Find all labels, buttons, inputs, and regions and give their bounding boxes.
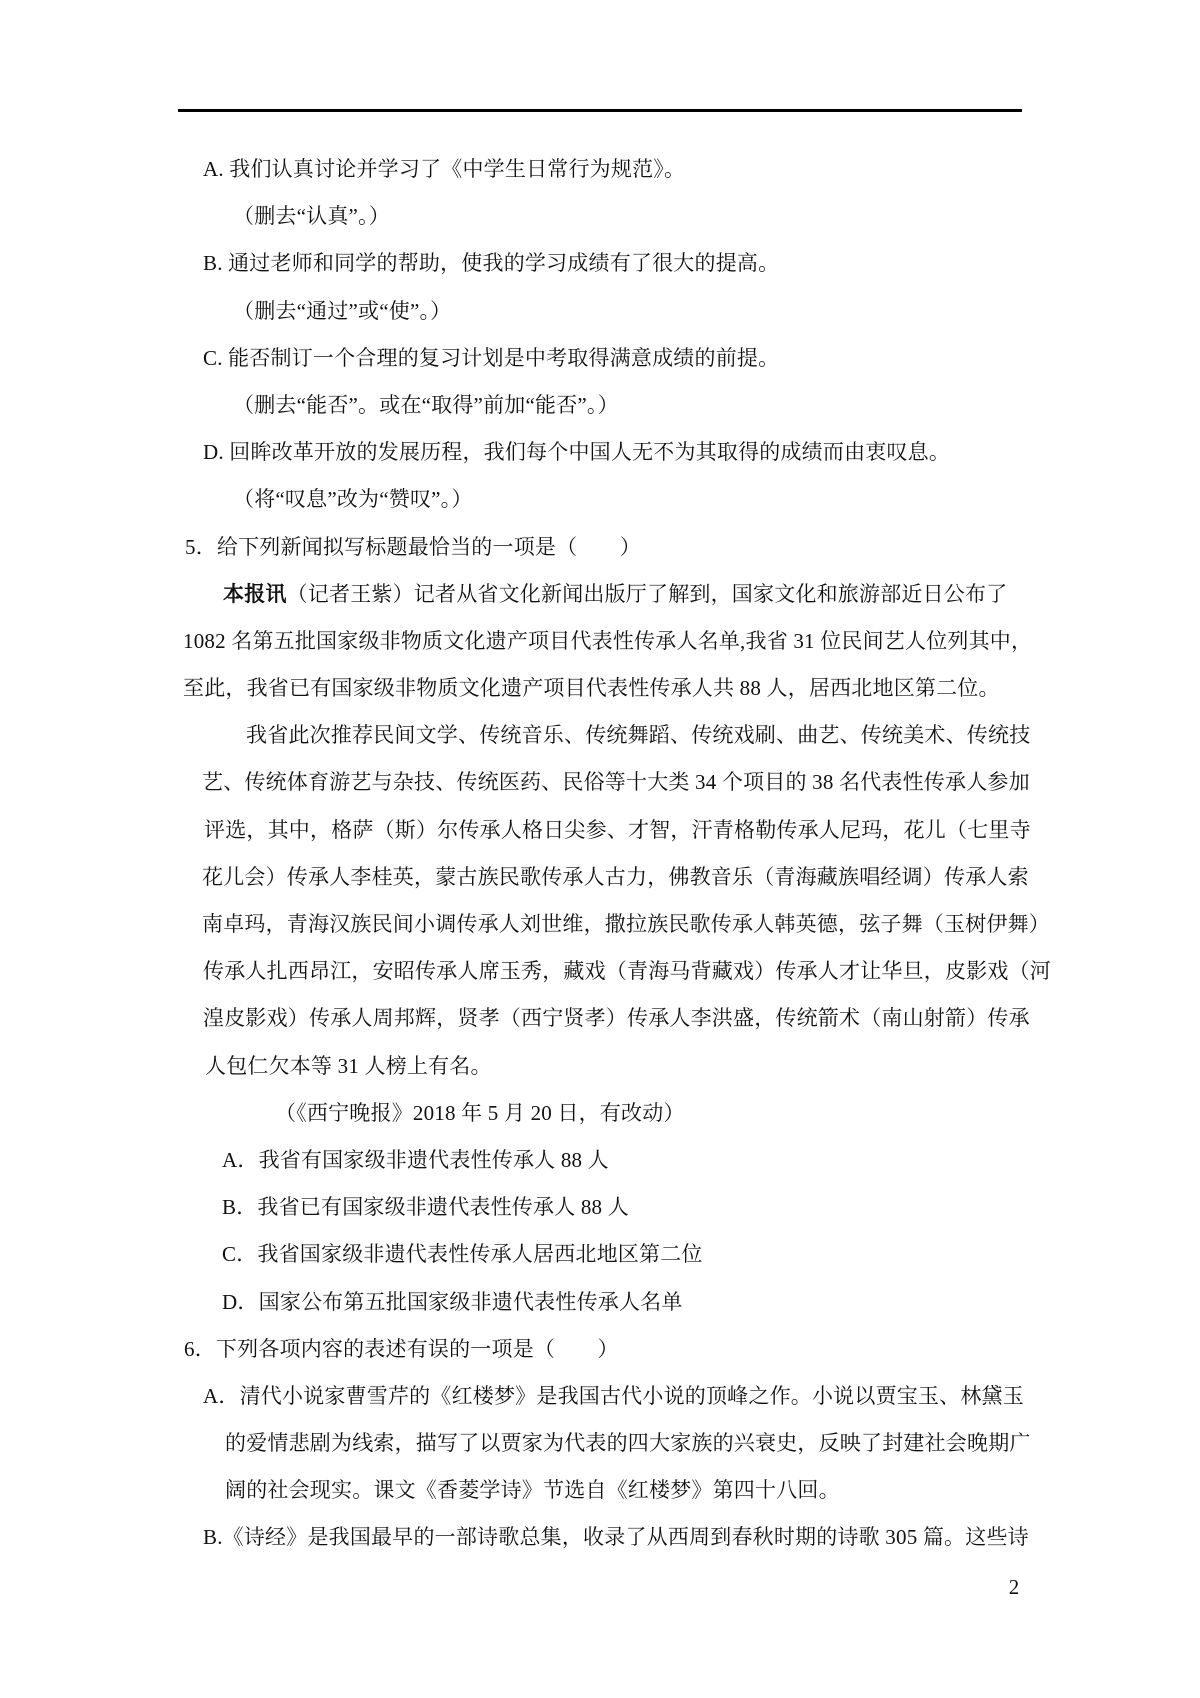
question4-option-d: D. 回眸改革开放的发展历程，我们每个中国人无不为其取得的成绩而由衷叹息。 (203, 429, 1200, 476)
question6-option-b-line1: B.《诗经》是我国最早的一部诗歌总集，收录了从西周到春秋时期的诗歌 305 篇。… (203, 1514, 1200, 1561)
news-dateline-bold: 本报讯 (223, 582, 287, 606)
question4-correction-b: （删去“通过”或“使”。） (233, 288, 1200, 335)
question6-option-a-line2: 的爱情悲剧为线索，描写了以贾家为代表的四大家族的兴衰史，反映了封建社会晚期广 (225, 1420, 1200, 1467)
news-paragraph1-line1: 本报讯（记者王紫）记者从省文化新闻出版厅了解到，国家文化和旅游部近日公布了 (223, 571, 1200, 618)
question4-option-a: A. 我们认真讨论并学习了《中学生日常行为规范》。 (203, 146, 1200, 193)
question4-option-c: C. 能否制订一个合理的复习计划是中考取得满意成绩的前提。 (203, 335, 1200, 382)
news-source-citation: （《西宁晚报》2018 年 5 月 20 日，有改动） (275, 1090, 1200, 1137)
question4-correction-d: （将“叹息”改为“赞叹”。） (233, 476, 1200, 523)
page-number: 2 (1004, 1570, 1024, 1604)
question6-stem: 6．下列各项内容的表述有误的一项是（ ） (184, 1326, 1200, 1373)
question5-option-c: C．我省国家级非遗代表性传承人居西北地区第二位 (222, 1231, 1200, 1278)
document-body: A. 我们认真讨论并学习了《中学生日常行为规范》。（删去“认真”。）B. 通过老… (0, 146, 1200, 1562)
document-page: A. 我们认真讨论并学习了《中学生日常行为规范》。（删去“认真”。）B. 通过老… (0, 0, 1200, 1698)
question5-option-b: B．我省已有国家级非遗代表性传承人 88 人 (222, 1184, 1200, 1231)
question5-stem: 5．给下列新闻拟写标题最恰当的一项是（ ） (185, 524, 1200, 571)
question5-option-d: D．国家公布第五批国家级非遗代表性传承人名单 (222, 1279, 1200, 1326)
news-paragraph2-line5: 南卓玛，青海汉族民间小调传承人刘世维，撒拉族民歌传承人韩英德，弦子舞（玉树伊舞） (202, 901, 1200, 948)
news-paragraph2-line7: 湟皮影戏）传承人周邦辉，贤孝（西宁贤孝）传承人李洪盛，传统箭术（南山射箭）传承 (203, 995, 1200, 1042)
question6-option-a-line1: A．清代小说家曹雪芹的《红楼梦》是我国古代小说的顶峰之作。小说以贾宝玉、林黛玉 (203, 1373, 1200, 1420)
question6-option-a-line3: 阔的社会现实。课文《香菱学诗》节选自《红楼梦》第四十八回。 (225, 1467, 1200, 1514)
news-paragraph1-line2: 1082 名第五批国家级非物质文化遗产项目代表性传承人名单,我省 31 位民间艺… (183, 618, 1200, 665)
header-rule (178, 109, 1022, 112)
question4-correction-a: （删去“认真”。） (233, 193, 1200, 240)
question4-correction-c: （删去“能否”。或在“取得”前加“能否”。） (233, 382, 1200, 429)
question4-option-b: B. 通过老师和同学的帮助，使我的学习成绩有了很大的提高。 (203, 240, 1200, 287)
news-paragraph2-line4: 花儿会）传承人李桂英，蒙古族民歌传承人古力，佛教音乐（青海藏族唱经调）传承人索 (202, 854, 1200, 901)
question5-option-a: A．我省有国家级非遗代表性传承人 88 人 (222, 1137, 1200, 1184)
news-paragraph2-line3: 评选，其中，格萨（斯）尔传承人格日尖参、才智，汗青格勒传承人尼玛，花儿（七里寺 (204, 807, 1200, 854)
news-paragraph2-line1: 我省此次推荐民间文学、传统音乐、传统舞蹈、传统戏刷、曲艺、传统美术、传统技 (246, 712, 1200, 759)
news-paragraph2-line2: 艺、传统体育游艺与杂技、传统医药、民俗等十大类 34 个项目的 38 名代表性传… (202, 759, 1200, 806)
news-paragraph1-line3: 至此，我省已有国家级非物质文化遗产项目代表性传承人共 88 人，居西北地区第二位… (183, 665, 1200, 712)
news-paragraph2-line6: 传承人扎西昂江，安昭传承人席玉秀，藏戏（青海马背藏戏）传承人才让华旦，皮影戏（河 (203, 948, 1200, 995)
news-paragraph2-line8: 人包仁欠本等 31 人榜上有名。 (205, 1043, 1200, 1090)
